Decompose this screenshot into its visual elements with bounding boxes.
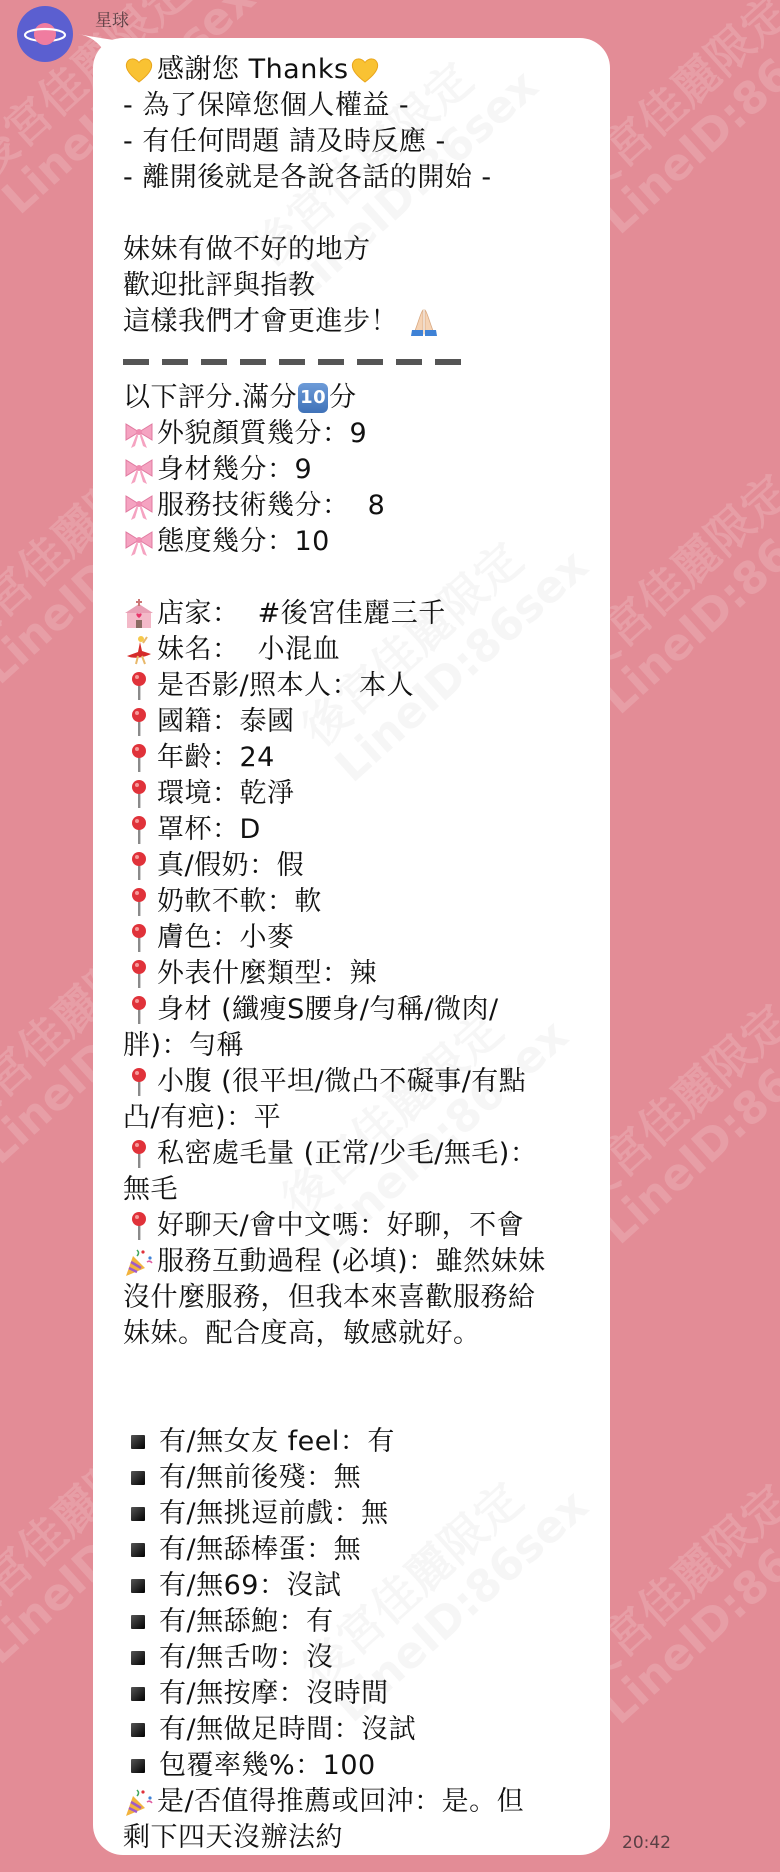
- dash-divider: [123, 340, 603, 380]
- blank-line: [123, 196, 603, 232]
- intro-line: 這樣我們才會更進步！: [123, 304, 603, 340]
- checklist-item: 有/無按摩：沒時間: [123, 1676, 603, 1712]
- round-pushpin-icon: [123, 742, 155, 774]
- sender-avatar[interactable]: [17, 6, 73, 62]
- intro-line: 歡迎批評與指教: [123, 268, 603, 304]
- checklist-item: 有/無女友 feel：有: [123, 1424, 603, 1460]
- message-text: 感謝您 Thanks - 為了保障您個人權益 - - 有任何問題 請及時反應 -…: [123, 52, 603, 1856]
- service-line: 妹妹。配合度高，敏感就好。: [123, 1316, 603, 1352]
- round-pushpin-icon: [123, 850, 155, 882]
- ribbon-icon: [123, 454, 155, 486]
- round-pushpin-icon: [123, 1210, 155, 1242]
- round-pushpin-icon: [123, 1066, 155, 1098]
- black-square-icon: [131, 1759, 145, 1773]
- profile-item: 罩杯：D: [123, 812, 603, 848]
- checklist-item: 有/無舔鮑：有: [123, 1604, 603, 1640]
- blank-line: [123, 560, 603, 596]
- profile-item-cont: 胖)：勻稱: [123, 1028, 603, 1064]
- profile-item: 小腹 (很平坦/微凸不礙事/有點: [123, 1064, 603, 1100]
- rating-item: 服務技術幾分： 8: [123, 488, 603, 524]
- checklist-item: 有/無前後殘：無: [123, 1460, 603, 1496]
- ribbon-icon: [123, 490, 155, 522]
- blank-line: [123, 1352, 603, 1388]
- black-square-icon: [131, 1435, 145, 1449]
- round-pushpin-icon: [123, 778, 155, 810]
- rating-item: 態度幾分：10: [123, 524, 603, 560]
- profile-item: 身材 (纖瘦S腰身/勻稱/微肉/: [123, 992, 603, 1028]
- header-line: - 有任何問題 請及時反應 -: [123, 124, 603, 160]
- header-line: - 為了保障您個人權益 -: [123, 88, 603, 124]
- black-square-icon: [131, 1471, 145, 1485]
- dancer-icon: [123, 634, 155, 666]
- sender-name: 星球: [95, 6, 129, 31]
- round-pushpin-icon: [123, 994, 155, 1026]
- black-square-icon: [131, 1579, 145, 1593]
- checklist-item: 有/無舌吻：沒: [123, 1640, 603, 1676]
- black-square-icon: [131, 1651, 145, 1665]
- profile-item: 膚色：小麥: [123, 920, 603, 956]
- profile-item: 好聊天/會中文嗎：好聊，不會: [123, 1208, 603, 1244]
- profile-item: 外表什麼類型：辣: [123, 956, 603, 992]
- yellow-heart-icon: [123, 54, 155, 86]
- name-line: 妹名： 小混血: [123, 632, 603, 668]
- ribbon-icon: [123, 526, 155, 558]
- round-pushpin-icon: [123, 706, 155, 738]
- black-square-icon: [131, 1615, 145, 1629]
- recommend-line: 是/否值得推薦或回沖：是。但: [123, 1784, 603, 1820]
- party-popper-icon: [123, 1246, 155, 1278]
- profile-item-cont: 凸/有疤)：平: [123, 1100, 603, 1136]
- black-square-icon: [131, 1507, 145, 1521]
- black-square-icon: [131, 1543, 145, 1557]
- round-pushpin-icon: [123, 814, 155, 846]
- planet-icon: [17, 6, 73, 62]
- rating-item: 外貌顏質幾分：9: [123, 416, 603, 452]
- checklist-item: 包覆率幾%：100: [123, 1748, 603, 1784]
- ribbon-icon: [123, 418, 155, 450]
- checklist-item: 有/無69：沒試: [123, 1568, 603, 1604]
- blank-line: [123, 1388, 603, 1424]
- party-popper-icon: [123, 1786, 155, 1818]
- message-timestamp: 20:42: [622, 1833, 671, 1853]
- recommend-line: 剩下四天沒辦法約: [123, 1820, 603, 1856]
- service-line: 服務互動過程 (必填)：雖然妹妹: [123, 1244, 603, 1280]
- thanks-line: 感謝您 Thanks: [123, 52, 603, 88]
- ratings-title: 以下評分.滿分 10 分: [123, 380, 603, 416]
- header-line: - 離開後就是各說各話的開始 -: [123, 160, 603, 196]
- intro-line: 妹妹有做不好的地方: [123, 232, 603, 268]
- round-pushpin-icon: [123, 670, 155, 702]
- service-line: 沒什麼服務，但我本來喜歡服務給: [123, 1280, 603, 1316]
- profile-item: 國籍：泰國: [123, 704, 603, 740]
- round-pushpin-icon: [123, 922, 155, 954]
- profile-item: 環境：乾淨: [123, 776, 603, 812]
- yellow-heart-icon: [349, 54, 381, 86]
- profile-item: 私密處毛量 (正常/少毛/無毛)：: [123, 1136, 603, 1172]
- profile-item: 奶軟不軟：軟: [123, 884, 603, 920]
- checklist-item: 有/無做足時間：沒試: [123, 1712, 603, 1748]
- keycap-ten-icon: 10: [298, 383, 328, 413]
- profile-item-cont: 無毛: [123, 1172, 603, 1208]
- checklist-item: 有/無舔棒蛋：無: [123, 1532, 603, 1568]
- black-square-icon: [131, 1687, 145, 1701]
- profile-item: 是否影/照本人：本人: [123, 668, 603, 704]
- round-pushpin-icon: [123, 1138, 155, 1170]
- checklist-item: 有/無挑逗前戲：無: [123, 1496, 603, 1532]
- rating-item: 身材幾分：9: [123, 452, 603, 488]
- wedding-chapel-icon: [123, 598, 155, 630]
- round-pushpin-icon: [123, 958, 155, 990]
- shop-line: 店家： #後宮佳麗三千: [123, 596, 603, 632]
- folded-hands-icon: [408, 306, 440, 338]
- black-square-icon: [131, 1723, 145, 1737]
- profile-item: 年齡：24: [123, 740, 603, 776]
- profile-item: 真/假奶：假: [123, 848, 603, 884]
- round-pushpin-icon: [123, 886, 155, 918]
